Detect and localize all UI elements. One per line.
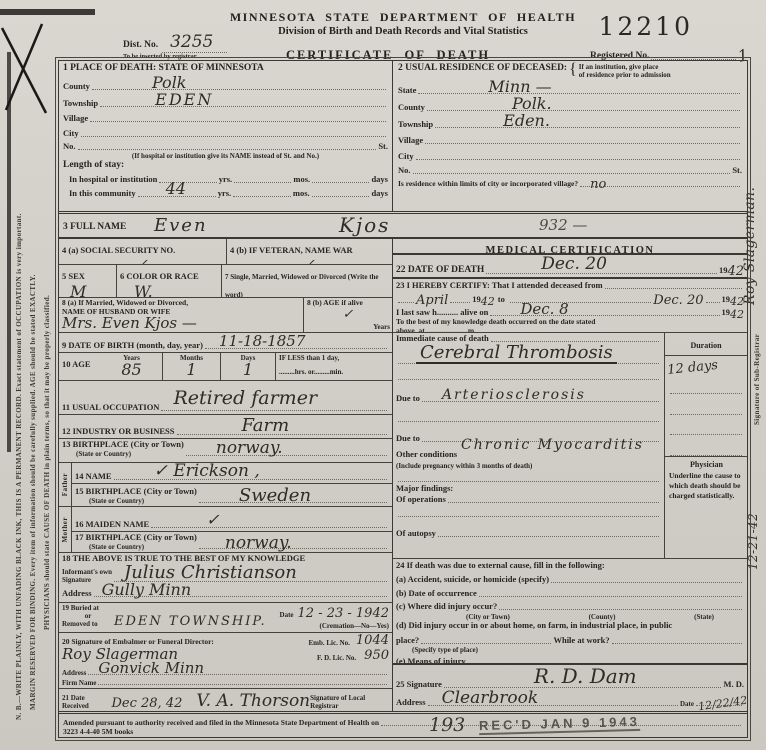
row-19: 19 Buried at or Removed to EDEN TOWNSHIP… <box>59 603 392 633</box>
row-18: 18 THE ABOVE IS TRUE TO THE BEST OF MY K… <box>59 553 392 603</box>
birthplace-sub: (State or Country) <box>62 450 184 458</box>
brace-glyph: { <box>569 63 577 77</box>
district-number-value: 3255 <box>162 32 227 53</box>
birthplace-value: norway. <box>216 440 283 457</box>
due-to-value-2: Chronic Myocarditis <box>461 438 644 452</box>
county-value: Polk <box>152 75 187 91</box>
age-years-value: 85 <box>104 362 159 378</box>
full-name-row: 3 FULL NAME Even Kjos 932 — <box>59 211 747 239</box>
father-birthplace-label: 15 BIRTHPLACE (City or Town) <box>75 487 197 497</box>
length-of-stay-title: Length of stay: <box>63 160 388 171</box>
mother-maiden-value: ✓ <box>206 512 219 528</box>
certificate-header: MINNESOTA STATE DEPARTMENT OF HEALTH Div… <box>58 4 748 60</box>
city-label: City <box>63 129 79 139</box>
residence-title: 2 USUAL RESIDENCE OF DECEASED: <box>398 63 567 74</box>
row-21: 21 Date Received Dec 28, 42 V. A. Thorso… <box>59 689 392 711</box>
district-number-block: Dist. No. 3255 To be inserted by registr… <box>123 34 273 60</box>
limits-answer: no <box>590 178 606 191</box>
informant-address-value: Gully Minn <box>102 582 192 598</box>
marital-label: 7 Single, Married, Widowed or Divorced (… <box>225 273 379 298</box>
physician-date-label: Date <box>680 700 694 708</box>
district-number-note: To be inserted by registrar <box>123 53 273 60</box>
mos-label2: mos. <box>293 189 310 199</box>
local-registrar-signature: V. A. Thorson <box>196 693 310 710</box>
other-conditions-label: Other conditions <box>396 449 457 459</box>
last-saw-year: 42 <box>730 309 744 320</box>
race-label: 6 COLOR OR RACE <box>120 271 199 281</box>
row-24: 24 If death was due to external cause, f… <box>393 559 747 665</box>
res-city-label: City <box>398 152 414 162</box>
embalmer-address-value: Gonvick Minn <box>98 661 204 676</box>
sex-value: M <box>62 284 113 298</box>
occupation-label: 11 USUAL OCCUPATION <box>62 403 159 413</box>
father-group: Father 14 NAME✓ Erickson , 15 BIRTHPLACE… <box>59 463 392 507</box>
attended-to-value: Dec. 20 <box>653 294 703 307</box>
dob-label: 9 DATE OF BIRTH (month, day, year) <box>62 341 203 351</box>
major-findings-label: Major findings: <box>396 484 661 494</box>
row-8: 8 (a) If Married, Widowed or Divorced, N… <box>59 298 392 333</box>
footer-handwritten-number: 193 <box>429 716 465 735</box>
margin-note-write-plainly: N. B.—WRITE PLAINLY, WITH UNFADING BLACK… <box>16 120 24 720</box>
age-label: 10 AGE <box>62 359 91 369</box>
res-state-value: Minn — <box>488 79 551 95</box>
yrs-label: yrs. <box>219 175 232 185</box>
physician-signature-value: R. D. Dam <box>534 666 637 686</box>
binding-edge-line <box>7 52 11 452</box>
industry-label: 12 INDUSTRY OR BUSINESS <box>62 427 175 437</box>
age-if-alive-value: ✓ <box>307 308 389 321</box>
due-to-label-1: Due to <box>396 394 420 404</box>
external-b-label: (b) Date of occurrence <box>396 589 477 599</box>
if-less-label: IF LESS than 1 day, <box>279 354 389 362</box>
date-of-death-year: 42 <box>727 265 744 278</box>
external-e-label: (e) Means of injury <box>396 657 466 665</box>
full-name-first: Even <box>154 217 208 235</box>
cause-of-death-block: Immediate cause of death Cerebral Thromb… <box>393 333 747 559</box>
cremation-label: (Cremation—No—Yes) <box>280 622 389 630</box>
left-column: 4 (a) SOCIAL SECURITY NO.✓ 4 (b) IF VETE… <box>59 239 393 711</box>
spouse-name-value: Mrs. Even Kjos — <box>62 316 300 331</box>
burial-date-value: 12 - 23 - 1942 <box>298 606 389 621</box>
township-value: EDEN <box>155 92 213 108</box>
external-d-label: (d) Did injury occur in or about home, o… <box>396 621 744 631</box>
row-12: 12 INDUSTRY OR BUSINESS Farm <box>59 415 392 439</box>
row-5-7: 5 SEXM 6 COLOR OR RACEW. 7 Single, Marri… <box>59 265 392 298</box>
res-state-label: State <box>398 86 416 96</box>
full-name-annotation: 932 — <box>539 218 587 233</box>
father-birthplace-sub: (State or Country) <box>75 497 197 505</box>
physician-note-text: Underline the cause to which death shoul… <box>669 471 744 501</box>
due-to-value-1: Arteriosclerosis <box>442 388 586 402</box>
to-label: to <box>498 295 505 305</box>
md-label: M. D. <box>723 680 744 690</box>
fd-lic-value: 950 <box>364 649 389 662</box>
date-of-death-value: Dec. 20 <box>541 256 607 273</box>
external-d-label-2: place? <box>396 636 419 646</box>
industry-value: Farm <box>242 417 290 435</box>
row-20: 20 Signature of Embalmer or Funeral Dire… <box>59 633 392 689</box>
last-saw-value: Dec. 8 <box>520 302 568 317</box>
immediate-cause-value: Cerebral Thrombosis <box>416 344 617 364</box>
occupation-value: Retired farmer <box>173 389 317 408</box>
section-usual-residence: 2 USUAL RESIDENCE OF DECEASED: { If an i… <box>393 61 747 211</box>
physician-signature-label: 25 Signature <box>396 680 442 690</box>
emb-lic-label: Emb. Lic. No. <box>308 639 349 647</box>
father-birthplace-value: Sweden <box>239 487 311 505</box>
attended-to-year: 42 <box>730 296 744 307</box>
date-received-value: Dec 28, 42 <box>111 697 182 710</box>
mother-birthplace-sub: (State or Country) <box>75 543 197 551</box>
father-name-label: 14 NAME <box>75 472 112 482</box>
father-name-value: ✓ Erickson , <box>154 463 260 480</box>
local-registrar-label: Signature of Local Registrar <box>310 694 389 710</box>
res-village-label: Village <box>398 136 423 146</box>
sub-registrar-date: 12-21-42 <box>747 430 760 570</box>
street-no-label: No. <box>63 142 76 152</box>
mother-maiden-label: 16 MAIDEN NAME <box>75 520 149 530</box>
year-printed-saw: 19 <box>722 308 731 318</box>
ssn-label: 4 (a) SOCIAL SECURITY NO. <box>62 245 175 255</box>
veteran-label: 4 (b) IF VETERAN, NAME WAR <box>230 245 353 255</box>
informant-address-label: Address <box>62 589 92 599</box>
external-c-label: (c) Where did injury occur? <box>396 602 497 612</box>
footer-row: Amended pursuant to authority received a… <box>59 711 747 737</box>
row-25: 25 Signature R. D. Dam M. D. Address Cle… <box>393 665 747 711</box>
attended-from-year: 42 <box>481 296 495 307</box>
res-county-label: County <box>398 103 425 113</box>
firm-name-label: Firm Name <box>62 679 96 687</box>
external-a-label: (a) Accident, suicide, or homicide (spec… <box>396 575 549 585</box>
if-less-units: .........hrs. or.........min. <box>279 368 389 376</box>
row-11: 11 USUAL OCCUPATION Retired farmer <box>59 381 392 415</box>
autopsy-label: Of autopsy <box>396 529 436 539</box>
year-printed-from: 19 <box>472 295 481 305</box>
row-4: 4 (a) SOCIAL SECURITY NO.✓ 4 (b) IF VETE… <box>59 239 392 265</box>
external-d-sub: (Specify type of place) <box>396 646 744 654</box>
scanned-certificate: N. B.—WRITE PLAINLY, WITH UNFADING BLACK… <box>0 0 766 750</box>
medical-title-row: MEDICAL CERTIFICATION <box>393 239 747 255</box>
village-label: Village <box>63 114 88 124</box>
mother-group: Mother 16 MAIDEN NAME✓ 17 BIRTHPLACE (Ci… <box>59 507 392 553</box>
stated-line-2: above, at.......................m. <box>396 327 744 333</box>
full-name-label: 3 FULL NAME <box>63 222 126 233</box>
res-street-suffix: St. <box>732 166 742 176</box>
res-township-value: Eden. <box>503 113 550 129</box>
date-of-death-label: 22 DATE OF DEATH <box>396 265 484 276</box>
or-label: or <box>62 612 114 620</box>
external-d-work: While at work? <box>553 636 609 646</box>
mother-side-label: Mother <box>61 517 69 543</box>
county-label: County <box>63 82 90 92</box>
physician-date-value: 12/22/42 <box>697 695 747 711</box>
res-no-label: No. <box>398 166 411 176</box>
certify-label: 23 I HEREBY CERTIFY: That I attended dec… <box>396 281 603 291</box>
physician-address-label: Address <box>396 698 426 708</box>
stay-hospital-label: In hospital or institution <box>69 175 157 185</box>
res-township-label: Township <box>398 120 433 130</box>
dob-value: 11-18-1857 <box>219 334 305 349</box>
margin-note-binding: MARGIN RESERVED FOR BINDING. Every item … <box>30 90 38 710</box>
buried-at-label: 19 Buried at <box>62 604 114 612</box>
fd-lic-label: F. D. Lic. No. <box>317 654 356 662</box>
other-conditions-sub: (Include pregnancy within 3 months of de… <box>396 462 661 470</box>
row-22: 22 DATE OF DEATH Dec. 20 19 42 <box>393 255 747 279</box>
years-unit-label: Years <box>373 323 390 331</box>
stay-community-label: In this community <box>69 189 136 199</box>
row-10: 10 AGE Years85 Months1 Days1 IF LESS tha… <box>59 353 392 381</box>
attended-from-value: April <box>416 294 448 307</box>
medical-column: MEDICAL CERTIFICATION 22 DATE OF DEATH D… <box>393 239 747 711</box>
row-23: 23 I HEREBY CERTIFY: That I attended dec… <box>393 279 747 333</box>
duration-header: Duration <box>690 341 721 350</box>
physician-note-title: Physician <box>669 460 744 471</box>
duration-column: Duration 12 days Physician Underline the… <box>665 333 747 558</box>
ssn-value: ✓ <box>62 258 223 265</box>
birthplace-label: 13 BIRTHPLACE (City or Town) <box>62 440 184 450</box>
residence-note-1: If an institution, give place <box>579 63 671 71</box>
street-suffix: St. <box>378 142 388 152</box>
days-label: days <box>371 175 388 185</box>
full-name-last: Kjos <box>339 215 390 235</box>
external-c-state: (State) <box>694 613 714 621</box>
yrs-label2: yrs. <box>218 189 231 199</box>
date-received-label: 21 Date Received <box>62 694 109 710</box>
sub-registrar-label: Signature of Sub-Registrar <box>754 255 762 425</box>
veteran-value: ✓ <box>230 258 389 265</box>
books-code: 3223 4-4-40 5M books <box>63 728 743 737</box>
section-place-of-death: 1 PLACE OF DEATH: STATE OF MINNESOTA Cou… <box>59 61 393 211</box>
mother-birthplace-value: norway. <box>225 535 292 552</box>
physician-note-box: Physician Underline the cause to which d… <box>665 456 747 558</box>
sex-label: 5 SEX <box>62 271 85 281</box>
row-9: 9 DATE OF BIRTH (month, day, year) 11-18… <box>59 333 392 353</box>
days-label2: days <box>371 189 388 199</box>
stay-community-years: 44 <box>166 181 186 197</box>
age-days-value: 1 <box>224 362 272 378</box>
hospital-note: (If hospital or institution give its NAM… <box>63 152 388 160</box>
district-number-label: Dist. No. <box>123 40 158 50</box>
residence-note-2: of residence prior to admission <box>579 71 671 79</box>
burial-date-label: Date <box>280 611 294 619</box>
medical-title: MEDICAL CERTIFICATION <box>486 245 655 255</box>
operations-label: Of operations <box>396 495 446 505</box>
due-to-label-2: Due to <box>396 434 420 444</box>
mos-label: mos. <box>293 175 310 185</box>
township-label: Township <box>63 99 98 109</box>
row-13: 13 BIRTHPLACE (City or Town)(State or Co… <box>59 439 392 463</box>
external-title: 24 If death was due to external cause, f… <box>396 561 744 571</box>
emb-lic-value: 1044 <box>356 634 389 647</box>
father-side-label: Father <box>61 473 69 496</box>
race-value: W. <box>120 284 218 298</box>
embalmer-address-label: Address <box>62 669 86 677</box>
removed-to-label: Removed to <box>62 620 114 628</box>
margin-note-physicians: PHYSICIANS should state CAUSE OF DEATH i… <box>44 70 52 630</box>
file-number: 12210 <box>598 12 693 41</box>
year-printed-to: 19 <box>722 295 731 305</box>
certificate-form: 1 PLACE OF DEATH: STATE OF MINNESOTA Cou… <box>58 60 748 738</box>
limits-question: Is residence within limits of city or in… <box>398 180 578 189</box>
physician-address-value: Clearbrook <box>442 690 539 707</box>
age-months-value: 1 <box>166 362 217 378</box>
informant-sig-label-1: Informant's own <box>62 568 112 576</box>
res-county-value: Polk. <box>512 96 552 112</box>
mother-birthplace-label: 17 BIRTHPLACE (City or Town) <box>75 533 197 543</box>
burial-place-value: EDEN TOWNSHIP. <box>114 615 267 628</box>
place-of-death-title: 1 PLACE OF DEATH: STATE OF MINNESOTA <box>63 63 388 74</box>
